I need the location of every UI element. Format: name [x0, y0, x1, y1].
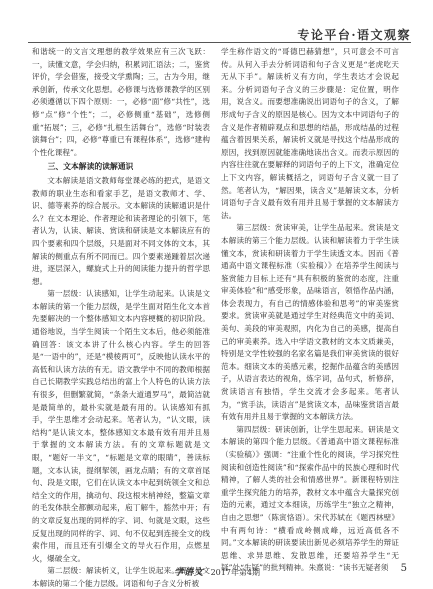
- left-column: 和谐统一的文言文理想的教学效果应有三次飞跃：一，读懂文意，学会归纳，积累词汇语法…: [32, 46, 210, 589]
- paragraph: 第三层级：赏读审美，让学生品起来。赏读是文本解读的第三个能力层级。认读和解读着力…: [221, 222, 399, 424]
- journal-logo: 学语文: [174, 568, 204, 578]
- issue-label: 2017年第4期: [211, 568, 260, 577]
- paragraph: 学生称作语文的“哥德巴赫猜想”，只可意会不可言传。从何入手去分析词语和句子含义更…: [221, 46, 399, 222]
- page-header-title: 专论平台·语文观察: [297, 26, 411, 43]
- paragraph: 和谐统一的文言文理想的教学效果应有三次飞跃：一，读懂文意，学会归纳，积累词汇语法…: [32, 46, 210, 159]
- section-heading: 三、文本解读的读解通识: [32, 161, 210, 174]
- right-column: 学生称作语文的“哥德巴赫猜想”，只可意会不可言传。从何入手去分析词语和句子含义更…: [221, 46, 399, 575]
- paragraph: 文本解读是语文教师每堂课必练的把式，是语文教师的职业生态和看家手艺，是语文教师才…: [32, 175, 210, 288]
- paragraph: 第四层级：研读创新，让学生思起来。研读是文本解读的第四个能力层级。《普通高中语文…: [221, 424, 399, 575]
- header-divider: [28, 42, 411, 43]
- footer-journal-info: 学语文 2017年第4期: [174, 565, 260, 578]
- paragraph: 第一层级：认读感知，让学生动起来。认读是文本解读的第一个能力层级，是学生面对陌生…: [32, 288, 210, 565]
- page-number: 5: [401, 563, 407, 574]
